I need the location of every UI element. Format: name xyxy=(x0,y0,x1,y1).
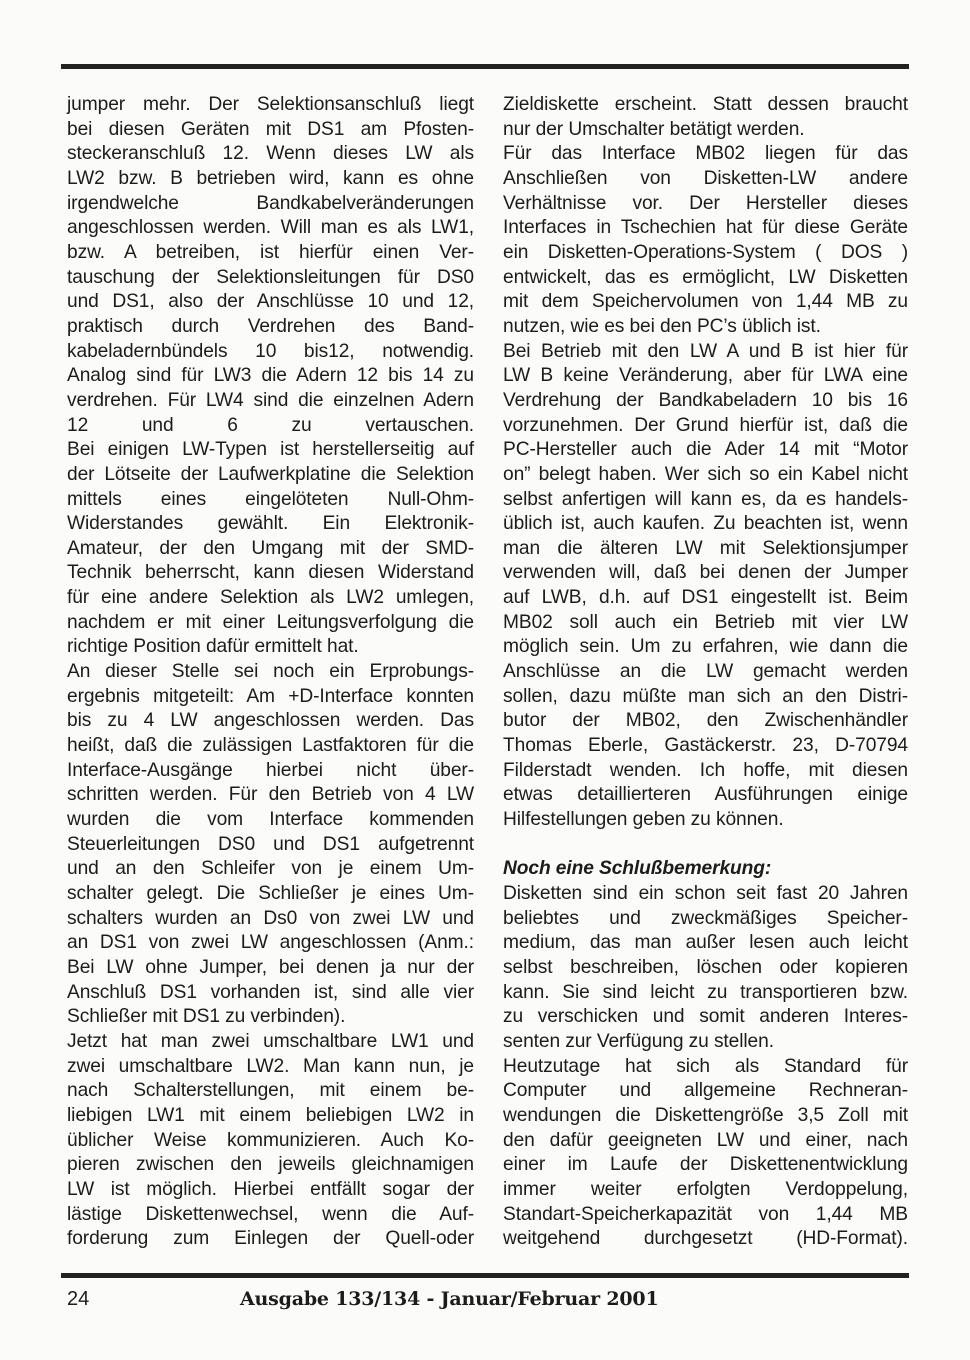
text-line: Zieldiskette erscheint. Statt dessen bra… xyxy=(503,93,908,118)
text-line: üblich ist, auch kaufen. Zu beachten ist… xyxy=(503,512,908,537)
text-line: LW B keine Veränderung, aber für LWA ein… xyxy=(503,364,908,389)
text-line: Thomas Eberle, Gastäckerstr. 23, D-70794 xyxy=(503,734,908,759)
text-line: MB02 soll auch ein Betrieb mit vier LW xyxy=(503,611,908,636)
text-line: beliebtes und zweckmäßiges Speicher- xyxy=(503,907,908,932)
text-line: angeschlossen werden. Will man es als LW… xyxy=(67,216,474,241)
text-line: nachdem er mit einer Leitungsverfolgung … xyxy=(67,611,474,636)
text-line: bei diesen Geräten mit DS1 am Pfosten- xyxy=(67,118,474,143)
paragraph: Zieldiskette erscheint. Statt dessen bra… xyxy=(503,93,908,142)
paragraph: Bei einigen LW-Typen ist herstellerseiti… xyxy=(67,438,474,660)
top-rule xyxy=(61,64,909,69)
text-line: möglich sein. Um zu erfahren, wie dann d… xyxy=(503,635,908,660)
text-line: Anschließen von Disketten-LW andere xyxy=(503,167,908,192)
text-line: verwenden will, daß bei denen der Jumper xyxy=(503,561,908,586)
paragraph: Für das Interface MB02 liegen für dasAns… xyxy=(503,142,908,339)
text-line: Anschlüsse an die LW gemacht werden xyxy=(503,660,908,685)
text-line: und DS1, also der Anschlüsse 10 und 12, xyxy=(67,290,474,315)
text-line: 12 und 6 zu vertauschen. xyxy=(67,414,474,439)
text-line: zwei umschaltbare LW2. Man kann nun, je xyxy=(67,1055,474,1080)
text-line: Hilfestellungen geben zu können. xyxy=(503,808,908,833)
text-line: schalter gelegt. Die Schließer je eines … xyxy=(67,882,474,907)
text-line: für eine andere Selektion als LW2 umlege… xyxy=(67,586,474,611)
text-line: und an den Schleifer von je einem Um- xyxy=(67,857,474,882)
text-line: lästige Diskettenwechsel, wenn die Auf- xyxy=(67,1203,474,1228)
text-line: schalters wurden an Ds0 von zwei LW und xyxy=(67,907,474,932)
text-line: Steuerleitungen DS0 und DS1 aufgetrennt xyxy=(67,833,474,858)
text-line: entwickelt, das es ermöglicht, LW Disket… xyxy=(503,266,908,291)
text-line: Widerstandes gewählt. Ein Elektronik- xyxy=(67,512,474,537)
text-line: jumper mehr. Der Selektionsanschluß lieg… xyxy=(67,93,474,118)
text-line: schritten werden. Für den Betrieb von 4 … xyxy=(67,783,474,808)
text-line: etwas detaillierteren Ausführungen einig… xyxy=(503,783,908,808)
text-line: bis zu 4 LW angeschlossen werden. Das xyxy=(67,709,474,734)
text-line: medium, das man außer lesen auch leicht xyxy=(503,931,908,956)
text-line: Interface-Ausgänge hierbei nicht über- xyxy=(67,759,474,784)
left-column: jumper mehr. Der Selektionsanschluß lieg… xyxy=(67,93,474,1252)
text-line: praktisch durch Verdrehen des Band- xyxy=(67,315,474,340)
text-line: Technik beherrscht, kann diesen Widersta… xyxy=(67,561,474,586)
text-line: ein Disketten-Operations-System ( DOS ) xyxy=(503,241,908,266)
text-line: heißt, daß die zulässigen Lastfaktoren f… xyxy=(67,734,474,759)
section-spacer xyxy=(503,833,908,858)
text-line: Interfaces in Tschechien hat für diese G… xyxy=(503,216,908,241)
page-footer: 24 Ausgabe 133/134 - Januar/Februar 2001 xyxy=(67,1288,909,1318)
text-line: Filderstadt wenden. Ich hoffe, mit diese… xyxy=(503,759,908,784)
text-line: liebigen LW1 mit einem beliebigen LW2 in xyxy=(67,1104,474,1129)
text-line: Standart-Speicherkapazität von 1,44 MB xyxy=(503,1203,908,1228)
text-line: kabeladernbündels 10 bis12, notwendig. xyxy=(67,340,474,365)
text-line: immer weiter erfolgten Verdoppelung, xyxy=(503,1178,908,1203)
text-line: pieren zwischen den jeweils gleichnamige… xyxy=(67,1153,474,1178)
bottom-rule xyxy=(61,1273,909,1278)
text-line: ergebnis mitgeteilt: Am +D-Interface kon… xyxy=(67,685,474,710)
text-line: Disketten sind ein schon seit fast 20 Ja… xyxy=(503,882,908,907)
text-line: Verdrehung der Bandkabeladern 10 bis 16 xyxy=(503,389,908,414)
text-line: kann. Sie sind leicht zu transportieren … xyxy=(503,981,908,1006)
text-line: wendungen die Diskettengröße 3,5 Zoll mi… xyxy=(503,1104,908,1129)
text-line: wurden die vom Interface kommenden xyxy=(67,808,474,833)
text-line: mittels eines eingelöteten Null-Ohm- xyxy=(67,488,474,513)
paragraph: Disketten sind ein schon seit fast 20 Ja… xyxy=(503,882,908,1055)
text-line: on” belegt haben. Wer sich so ein Kabel … xyxy=(503,463,908,488)
text-line: steckeranschluß 12. Wenn dieses LW als xyxy=(67,142,474,167)
text-line: bzw. A betreiben, ist hierfür einen Ver- xyxy=(67,241,474,266)
text-line: Bei Betrieb mit den LW A und B ist hier … xyxy=(503,340,908,365)
paragraph: Jetzt hat man zwei umschaltbare LW1 undz… xyxy=(67,1030,474,1252)
text-line: an DS1 von zwei LW angeschlossen (Anm.: xyxy=(67,931,474,956)
text-line: den dafür geeigneten LW und einer, nach xyxy=(503,1129,908,1154)
text-line: zu verschicken und somit anderen Interes… xyxy=(503,1005,908,1030)
text-line: verdrehen. Für LW4 sind die einzelnen Ad… xyxy=(67,389,474,414)
text-line: Computer und allgemeine Rechneran- xyxy=(503,1079,908,1104)
text-line: Verhältnisse vor. Der Hersteller dieses xyxy=(503,192,908,217)
text-line: nur der Umschalter betätigt werden. xyxy=(503,118,908,143)
text-line: nutzen, wie es bei den PC’s üblich ist. xyxy=(503,315,908,340)
text-line: einer im Laufe der Diskettenentwicklung xyxy=(503,1153,908,1178)
text-line: mit dem Speichervolumen von 1,44 MB zu xyxy=(503,290,908,315)
text-line: An dieser Stelle sei noch ein Erprobungs… xyxy=(67,660,474,685)
text-line: selbst beschreiben, löschen oder kopiere… xyxy=(503,956,908,981)
text-line: nach Schalterstellungen, mit einem be- xyxy=(67,1079,474,1104)
paragraph: Heutzutage hat sich als Standard fürComp… xyxy=(503,1055,908,1252)
text-line: weitgehend durchgesetzt (HD-Format). xyxy=(503,1227,908,1252)
text-line: butor der MB02, den Zwischenhändler xyxy=(503,709,908,734)
paragraph: Bei Betrieb mit den LW A und B ist hier … xyxy=(503,340,908,833)
text-line: irgendwelche Bandkabelveränderungen xyxy=(67,192,474,217)
text-line: Jetzt hat man zwei umschaltbare LW1 und xyxy=(67,1030,474,1055)
text-line: auf LWB, d.h. auf DS1 eingestellt ist. B… xyxy=(503,586,908,611)
text-line: der Lötseite der Laufwerkplatine die Sel… xyxy=(67,463,474,488)
text-line: LW ist möglich. Hierbei entfällt sogar d… xyxy=(67,1178,474,1203)
text-line: Heutzutage hat sich als Standard für xyxy=(503,1055,908,1080)
text-line: Bei LW ohne Jumper, bei denen ja nur der xyxy=(67,956,474,981)
right-column: Zieldiskette erscheint. Statt dessen bra… xyxy=(503,93,908,1252)
text-line: LW2 bzw. B betrieben wird, kann es ohne xyxy=(67,167,474,192)
text-line: Analog sind für LW3 die Adern 12 bis 14 … xyxy=(67,364,474,389)
text-line: Anschluß DS1 vorhanden ist, sind alle vi… xyxy=(67,981,474,1006)
text-line: Schließer mit DS1 zu verbinden). xyxy=(67,1005,474,1030)
text-line: senten zur Verfügung zu stellen. xyxy=(503,1030,908,1055)
text-line: selbst anfertigen will kann es, da es ha… xyxy=(503,488,908,513)
text-line: man die älteren LW mit Selektionsjumper xyxy=(503,537,908,562)
page-number: 24 xyxy=(67,1288,89,1311)
text-line: sollen, dazu müßte man sich an den Distr… xyxy=(503,685,908,710)
text-line: vorzunehmen. Der Grund hierfür ist, daß … xyxy=(503,414,908,439)
section-heading: Noch eine Schlußbemerkung: xyxy=(503,857,908,882)
text-line: PC-Hersteller auch die Ader 14 mit “Moto… xyxy=(503,438,908,463)
text-line: richtige Position dafür ermittelt hat. xyxy=(67,635,474,660)
text-line: Für das Interface MB02 liegen für das xyxy=(503,142,908,167)
text-line: forderung zum Einlegen der Quell-oder xyxy=(67,1227,474,1252)
text-line: Amateur, der den Umgang mit der SMD- xyxy=(67,537,474,562)
paragraph: An dieser Stelle sei noch ein Erprobungs… xyxy=(67,660,474,1030)
paragraph: jumper mehr. Der Selektionsanschluß lieg… xyxy=(67,93,474,438)
text-line: Bei einigen LW-Typen ist herstellerseiti… xyxy=(67,438,474,463)
issue-info: Ausgabe 133/134 - Januar/Februar 2001 xyxy=(240,1288,658,1310)
text-line: tauschung der Selektionsleitungen für DS… xyxy=(67,266,474,291)
text-line: üblicher Weise kommunizieren. Auch Ko- xyxy=(67,1129,474,1154)
